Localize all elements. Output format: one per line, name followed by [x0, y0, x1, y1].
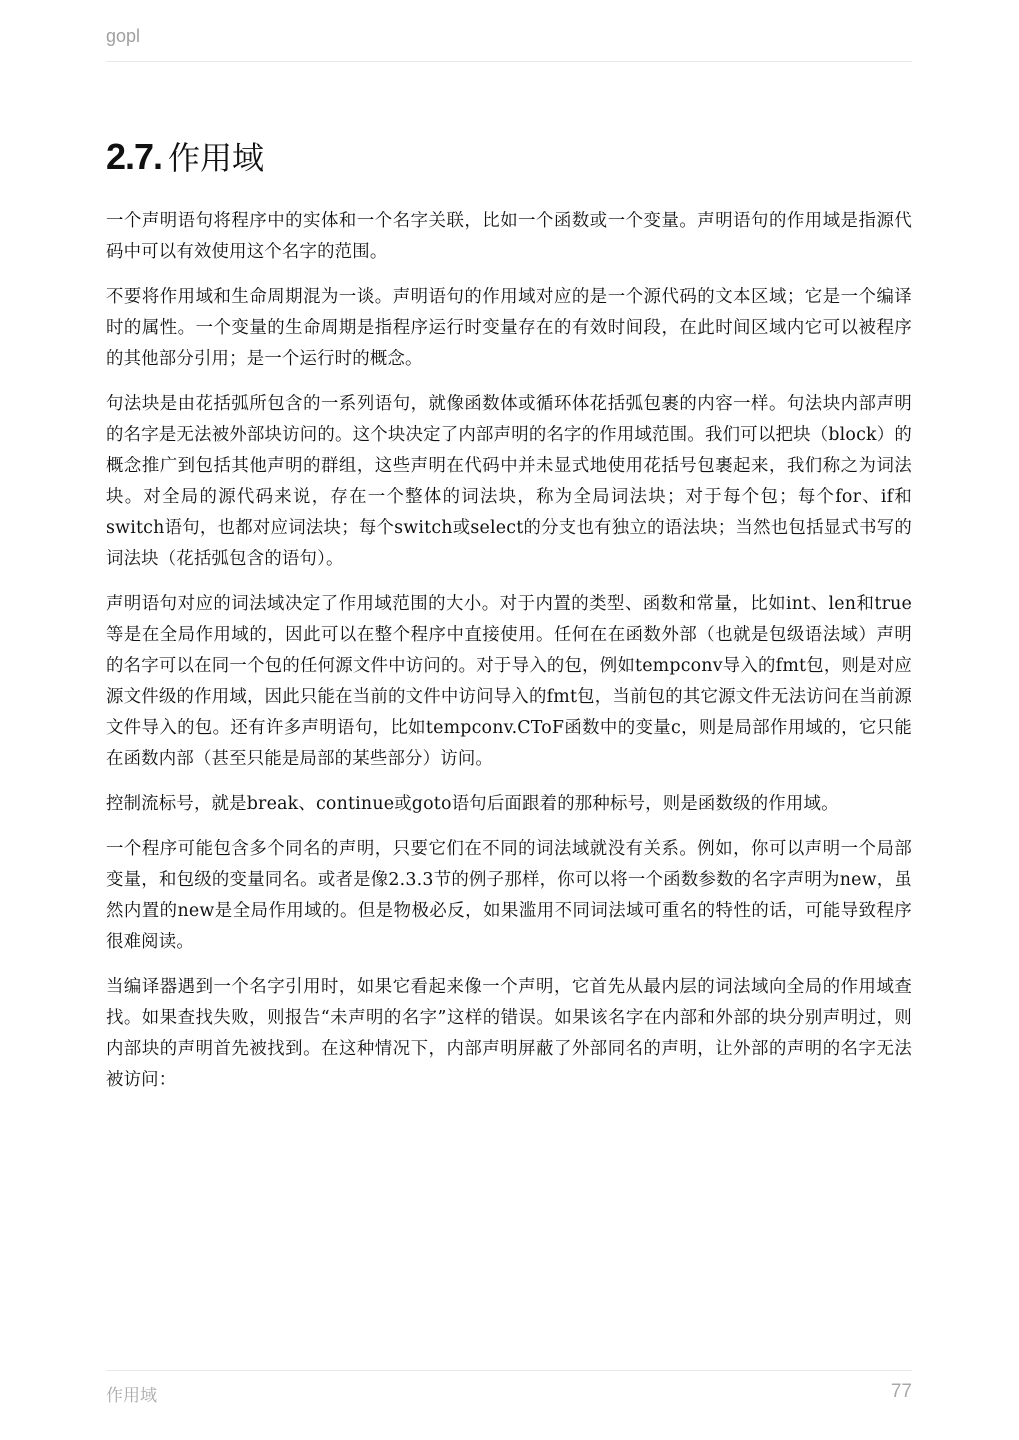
chapter-title: 2.7.作用域	[106, 134, 264, 181]
paragraph-same-name-declarations: 一个程序可能包含多个同名的声明，只要它们在不同的词法域就没有关系。例如，你可以声…	[106, 834, 912, 958]
chapter-number: 2.7.	[106, 136, 162, 177]
chapter-body: 一个声明语句将程序中的实体和一个名字关联，比如一个函数或一个变量。声明语句的作用…	[106, 206, 912, 1110]
page-number: 77	[891, 1381, 912, 1403]
paragraph-lexical-scope-size: 声明语句对应的词法域决定了作用域范围的大小。对于内置的类型、函数和常量，比如in…	[106, 589, 912, 775]
paragraph-syntactic-blocks: 句法块是由花括弧所包含的一系列语句，就像函数体或循环体花括弧包裹的内容一样。句法…	[106, 389, 912, 575]
paragraph-control-flow-labels: 控制流标号，就是break、continue或goto语句后面跟着的那种标号，则…	[106, 789, 912, 820]
paragraph-scope-definition: 一个声明语句将程序中的实体和一个名字关联，比如一个函数或一个变量。声明语句的作用…	[106, 206, 912, 268]
footer-section-title: 作用域	[106, 1381, 157, 1406]
chapter-name: 作用域	[168, 139, 264, 177]
book-title: gopl	[106, 26, 140, 46]
paragraph-scope-vs-lifetime: 不要将作用域和生命周期混为一谈。声明语句的作用域对应的是一个源代码的文本区域；它…	[106, 282, 912, 375]
page-footer: 作用域 77	[106, 1370, 912, 1417]
page-header: gopl	[106, 24, 912, 62]
paragraph-name-lookup: 当编译器遇到一个名字引用时，如果它看起来像一个声明，它首先从最内层的词法域向全局…	[106, 972, 912, 1096]
